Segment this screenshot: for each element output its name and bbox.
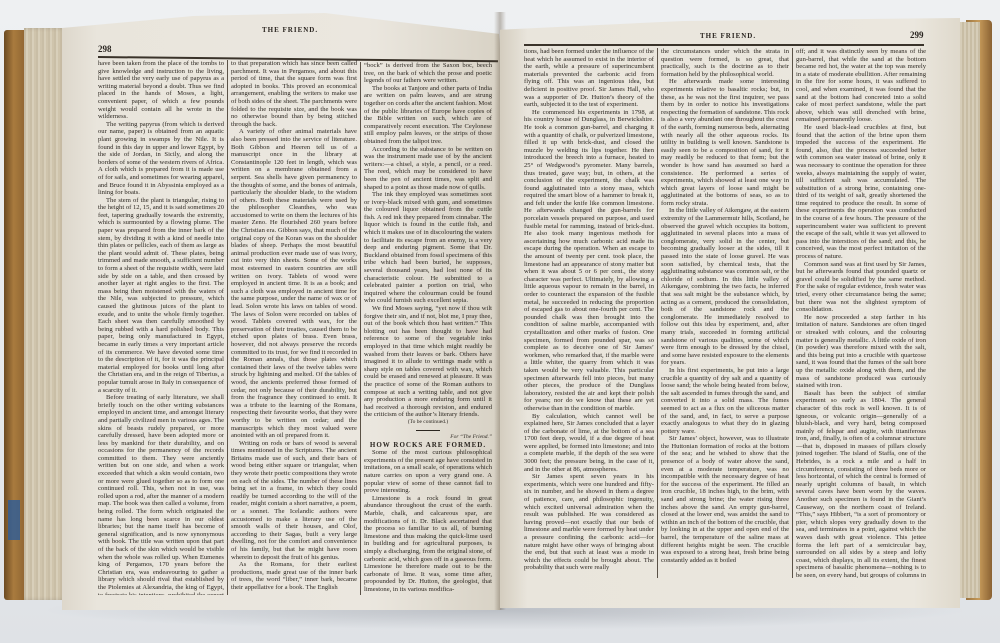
paragraph: He commenced his experiments in 1798, at…: [524, 109, 654, 413]
paragraph: The ink they employed was sometimes soot…: [364, 191, 492, 305]
paragraph: By calculation, which cannot well be exp…: [524, 413, 654, 474]
paragraph: In the little valley of Aikengaw, at the…: [661, 207, 789, 366]
running-head: THE FRIEND.: [262, 26, 318, 34]
section-rule: [416, 430, 440, 432]
paragraph: Basalt has been the subject of similar e…: [796, 390, 926, 578]
paragraph: The stem of the plant is triangular, ris…: [98, 197, 224, 394]
paragraph: the circumstances under which the strata…: [661, 48, 789, 78]
page-stack-right: [960, 22, 980, 598]
right-page: THE FRIEND. 299 tions, had been formed u…: [500, 18, 960, 608]
paragraph: Limestone is a rock found in great abund…: [364, 495, 492, 594]
left-page: 298 THE FRIEND. have been taken from the…: [62, 10, 500, 610]
paragraph: off; and it was distinctly seen by means…: [796, 48, 926, 124]
column-divider: [227, 60, 228, 595]
paragraph: The books at Tanjore and other parts of …: [364, 85, 492, 146]
text-column-2: to that preparation which has since been…: [231, 60, 357, 595]
paragraph: tions, had been formed under the influen…: [524, 48, 654, 109]
paragraph: have been taken from the place of the to…: [98, 60, 224, 121]
text-column-1: have been taken from the place of the to…: [98, 60, 224, 595]
running-head: THE FRIEND.: [700, 32, 756, 40]
paragraph: According to the substance to be written…: [364, 146, 492, 192]
paragraph: Before treating of early literature, we …: [98, 394, 224, 595]
text-column-1: tions, had been formed under the influen…: [524, 48, 654, 578]
cover-marbling: [8, 500, 20, 540]
paragraph: Sir James’ object, however, was to illus…: [661, 435, 789, 564]
paragraph: As the Romans, for their earliest produc…: [231, 561, 357, 591]
text-column-3: “bock” is derived from the Saxon boc, be…: [364, 62, 492, 595]
paragraph: Some of the most curious philosophical e…: [364, 449, 492, 495]
paragraph: to that preparation which has since been…: [231, 60, 357, 128]
paragraph: He now proceeded a step farther in his i…: [796, 314, 926, 390]
paragraph: Sir James spent seven years in his exper…: [524, 473, 654, 572]
article-title: HOW ROCKS ARE FORMED.: [364, 442, 492, 450]
text-column-3: off; and it was distinctly seen by means…: [796, 48, 926, 578]
paragraph: He used black-lead crucibles at first, b…: [796, 124, 926, 261]
text-column-2: the circumstances under which the strata…: [661, 48, 789, 578]
to-be-continued: (To be continued.): [364, 419, 492, 427]
column-divider: [792, 48, 793, 578]
paragraph: “bock” is derived from the Saxon boc, be…: [364, 62, 492, 85]
paragraph: The writing papyrus (from which is deriv…: [98, 121, 224, 197]
paragraph: In his first experiments, he put into a …: [661, 367, 789, 435]
header-rule: [524, 44, 924, 46]
paragraph: Writing on rods or bars of wood is sever…: [231, 440, 357, 562]
page-number: 298: [98, 44, 112, 54]
column-divider: [360, 62, 361, 595]
page-stack-left: [24, 28, 66, 600]
column-divider: [657, 48, 658, 578]
paragraph: We find Moses saying, “yet now if thou w…: [364, 305, 492, 419]
page-number: 299: [910, 30, 924, 40]
paragraph: He afterwards made some interesting expe…: [661, 78, 789, 207]
paragraph: A variety of other animal materials have…: [231, 128, 357, 439]
paragraph: Common sand was at first used by Sir Jam…: [796, 261, 926, 314]
